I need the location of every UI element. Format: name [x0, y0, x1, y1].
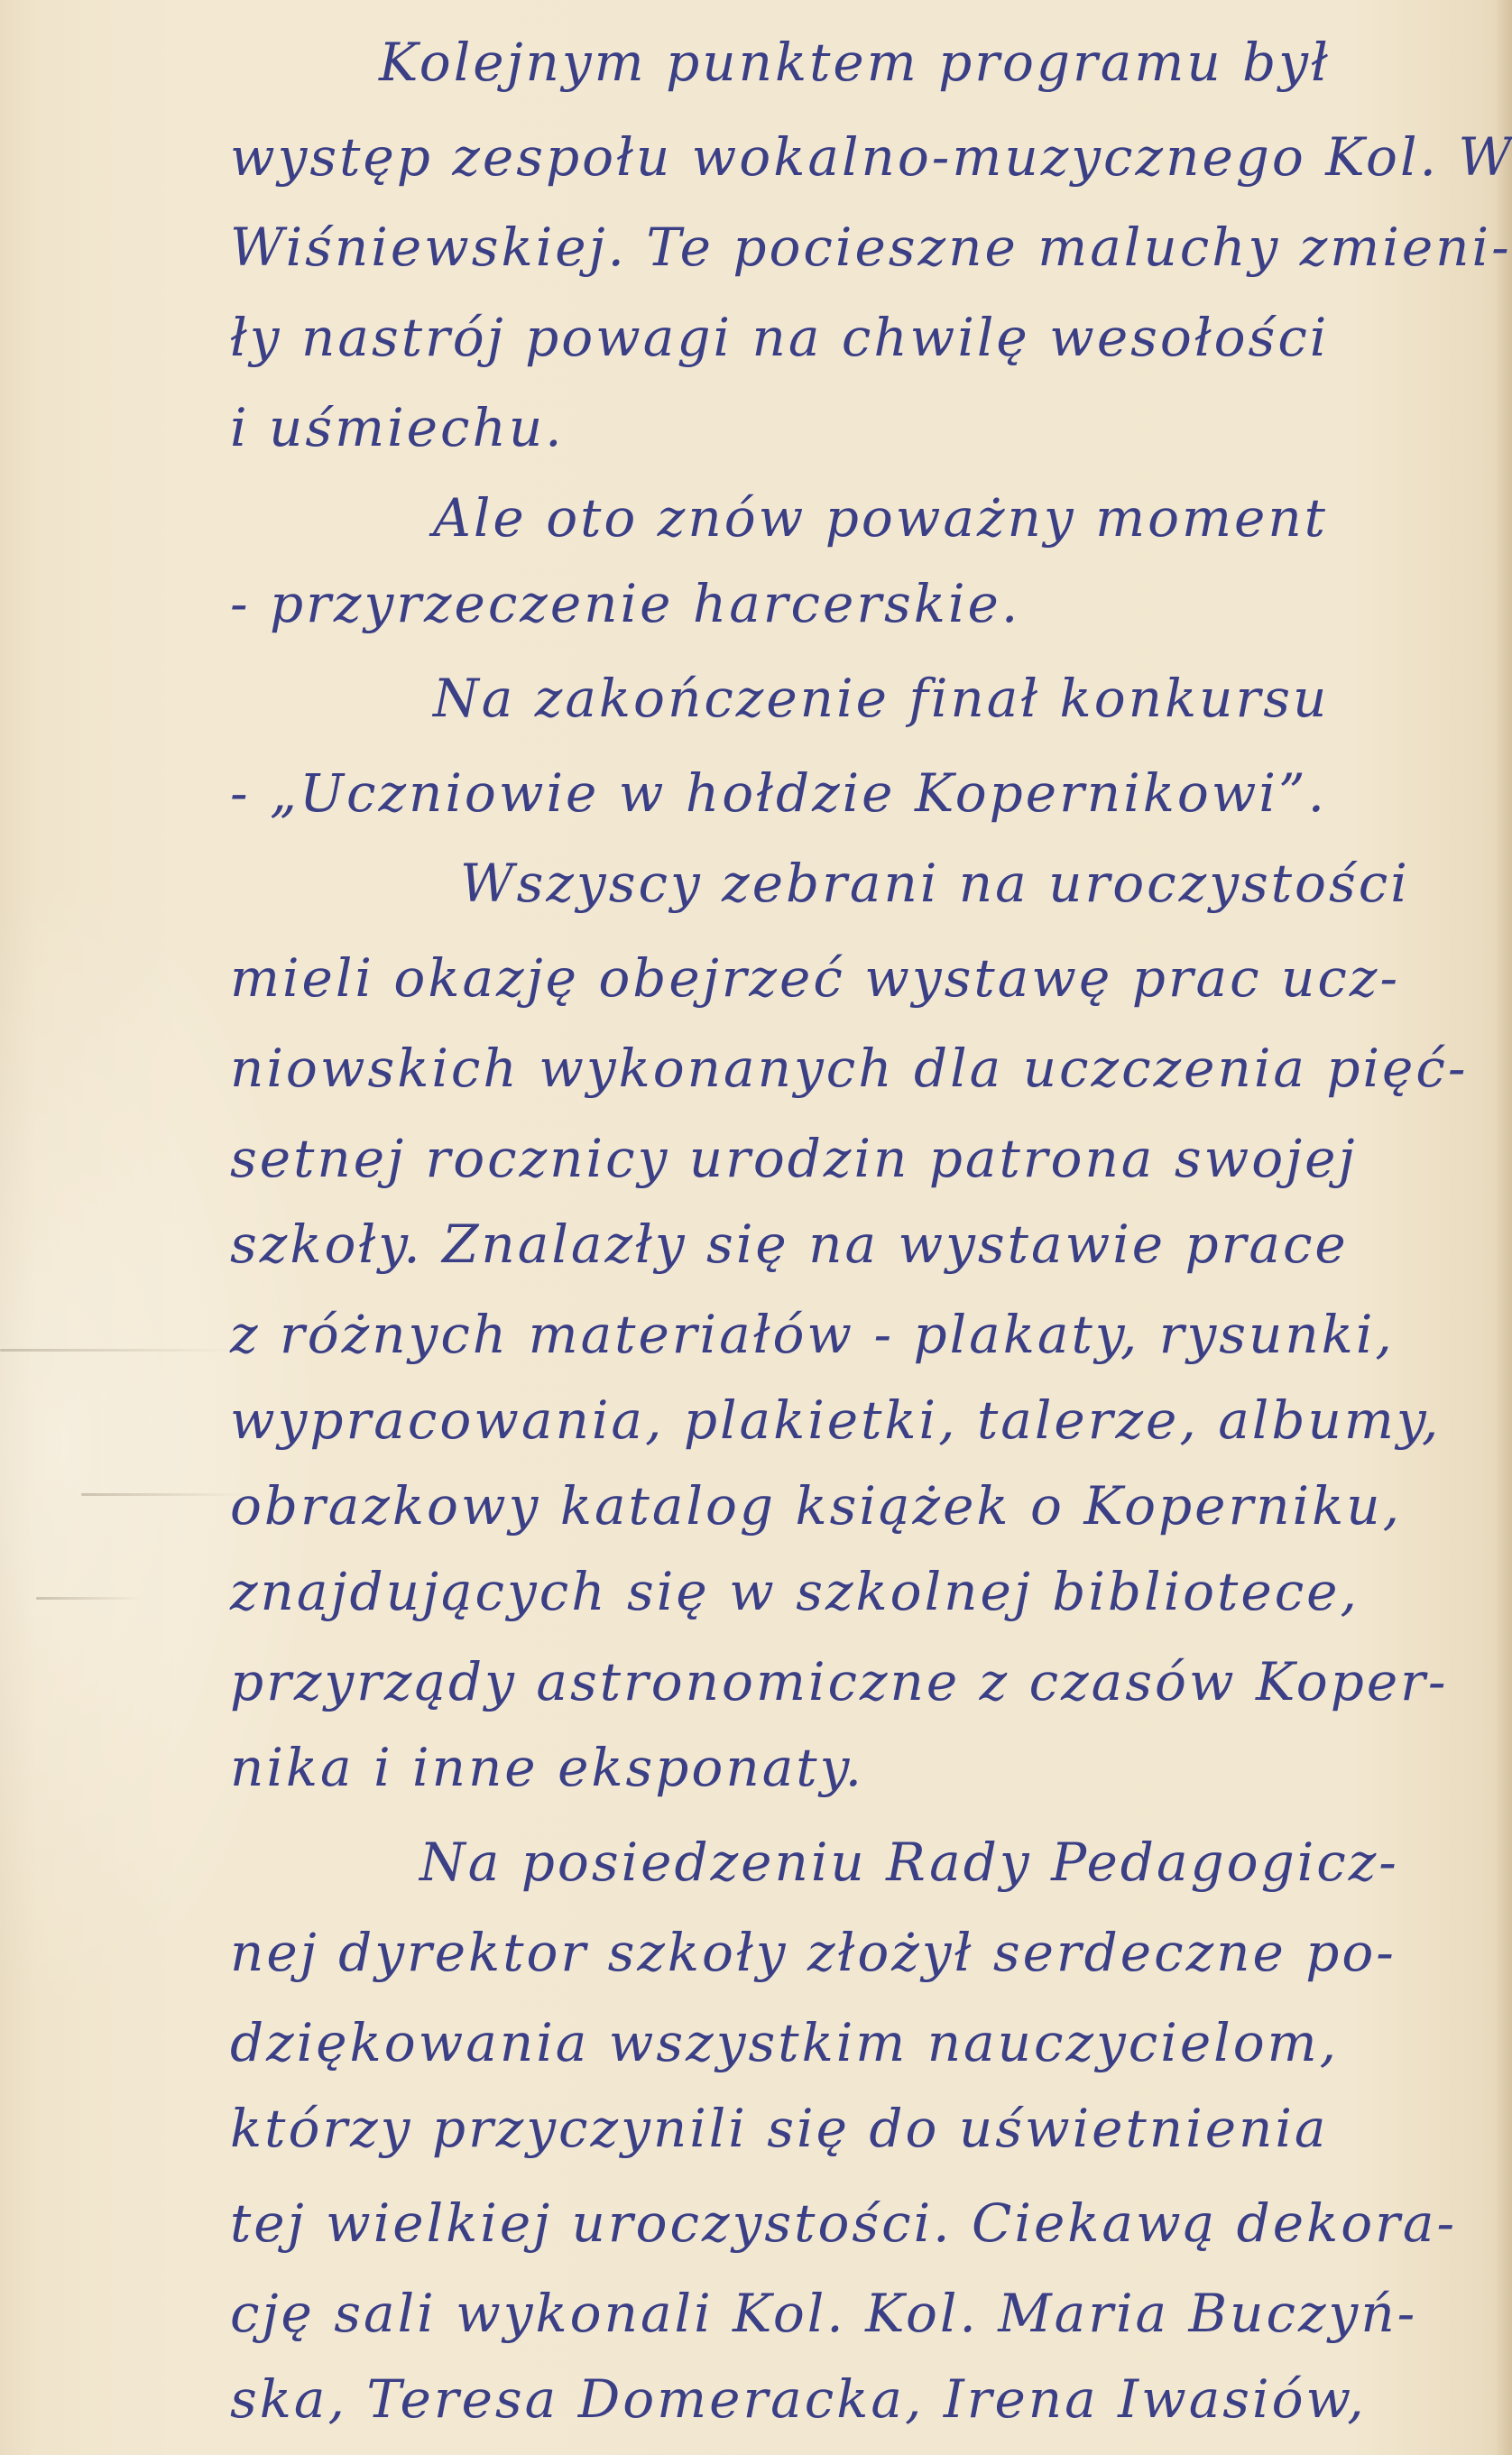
text-line: obrazkowy katalog książek o Koperniku,: [230, 1480, 1402, 1532]
text-line: Ale oto znów poważny moment: [433, 492, 1328, 544]
text-line: Wszyscy zebrani na uroczystości: [460, 857, 1410, 909]
text-line: szkoły. Znalazły się na wystawie prace: [230, 1218, 1349, 1270]
text-line: nika i inne eksponaty.: [230, 1741, 864, 1794]
handwritten-page: Kolejnym punktem programu był występ zes…: [0, 0, 1512, 2455]
text-line: mieli okazję obejrzeć wystawę prac ucz-: [230, 952, 1400, 1004]
text-line: występ zespołu wokalno-muzycznego Kol. W…: [230, 131, 1512, 183]
text-line: - „Uczniowie w hołdzie Kopernikowi”.: [230, 767, 1327, 819]
text-line: i uśmiechu.: [230, 401, 565, 454]
text-line: przyrządy astronomiczne z czasów Koper-: [230, 1656, 1449, 1708]
text-line: ły nastrój powagi na chwilę wesołości: [230, 311, 1329, 364]
text-line: Kolejnym punktem programu był: [379, 36, 1331, 88]
text-line: z różnych materiałów - plakaty, rysunki,: [230, 1308, 1395, 1361]
paper-crease: [36, 1597, 144, 1600]
paper-crease: [0, 1349, 235, 1352]
text-line: Na zakończenie finał konkursu: [433, 672, 1329, 725]
text-line: nej dyrektor szkoły złożył serdeczne po-: [230, 1926, 1397, 1979]
text-line: - przyrzeczenie harcerskie.: [230, 577, 1020, 630]
text-line: którzy przyczynili się do uświetnienia: [230, 2102, 1329, 2155]
text-line: niowskich wykonanych dla uczczenia pięć-: [230, 1042, 1468, 1094]
text-line: tej wielkiej uroczystości. Ciekawą dekor…: [230, 2197, 1457, 2249]
text-line: Wiśniewskiej. Te pocieszne maluchy zmien…: [230, 221, 1512, 273]
text-line: znajdujących się w szkolnej bibliotece,: [230, 1565, 1360, 1618]
text-line: dziękowania wszystkim nauczycielom,: [230, 2017, 1339, 2069]
text-line: ska, Teresa Domeracka, Irena Iwasiów,: [230, 2373, 1367, 2425]
paper-crease: [81, 1493, 244, 1496]
text-line: Na posiedzeniu Rady Pedagogicz-: [419, 1836, 1399, 1888]
page-spine-shadow: [1496, 0, 1512, 2455]
text-line: setnej rocznicy urodzin patrona swojej: [230, 1132, 1357, 1185]
text-line: wypracowania, plakietki, talerze, albumy…: [230, 1394, 1441, 1446]
text-line: cję sali wykonali Kol. Kol. Maria Buczyń…: [230, 2287, 1417, 2340]
